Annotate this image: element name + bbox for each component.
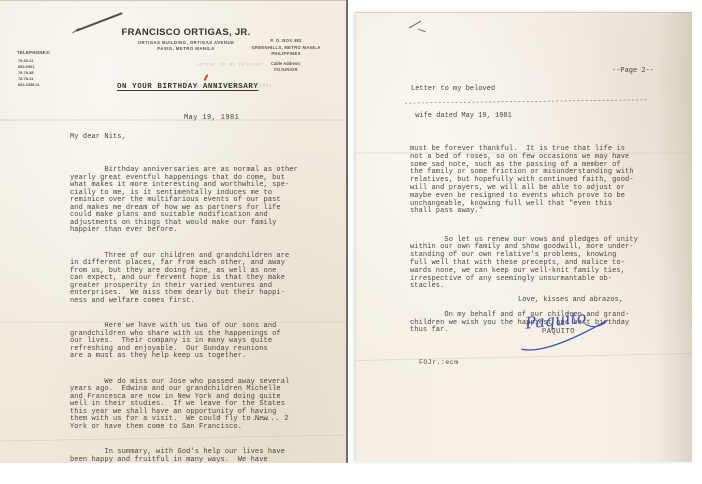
subject-line: ON YOUR BIRTHDAY ANNIVERSARY [117,83,258,91]
letterhead-cable-value: FOJUNIOR [242,67,330,72]
letterhead-name: FRANCISCO ORTIGAS, JR. [96,27,276,38]
letter-page-2: Letter to my beloved wife dated May 19, … [356,12,692,462]
pen-stroke-mark [72,28,79,34]
corner-pen-mark [409,21,422,29]
letterhead-telephones-label: TELEPHONES: [17,50,51,55]
paragraph: must be forever thankful. It is true tha… [410,146,672,216]
page2-label: --Page 2-- [612,67,654,75]
letterhead-country: PHILIPPINES [242,51,330,56]
paragraph: Birthday anniversaries are as normal as … [70,167,310,235]
letter-date: May 19, 1981 [184,114,239,122]
corner-pen-mark [418,29,426,33]
paragraph: We do miss our Jose who passed away seve… [70,379,310,432]
page-continuation-marker: ...... 2 [252,415,289,423]
paragraph: Here we have with us two of our sons and… [70,323,310,361]
paragraph: Three of our children and grandchildren … [70,253,310,306]
letterhead-city: GREENHILLS, METRO MANILA [242,45,330,50]
paragraph: So let us renew our vows and pledges of … [410,237,672,292]
page2-header-line2: wife dated May 19, 1981 [411,112,512,121]
letterhead-cable-label: Cable Address: [242,61,330,66]
fold-crease [0,119,346,121]
page2-header-line1: Letter to my beloved [411,85,512,94]
telephone-number: 892-6398:11 [18,82,40,88]
letter-page-1: TELEPHONES: 79-60-11 892-6961 79-79-88 7… [0,0,348,463]
letterhead-po-box: P. O. BOX 482 [242,38,330,43]
salutation: My dear Nits, [70,133,126,141]
scan-canvas: TELEPHONES: 79-60-11 892-6961 79-79-88 7… [0,0,702,484]
paragraph: In summary, with God's help our lives ha… [70,449,310,463]
typist-reference: FOJr.:ecm [419,359,459,366]
signature-typed-name: PAQUITO [542,328,575,336]
